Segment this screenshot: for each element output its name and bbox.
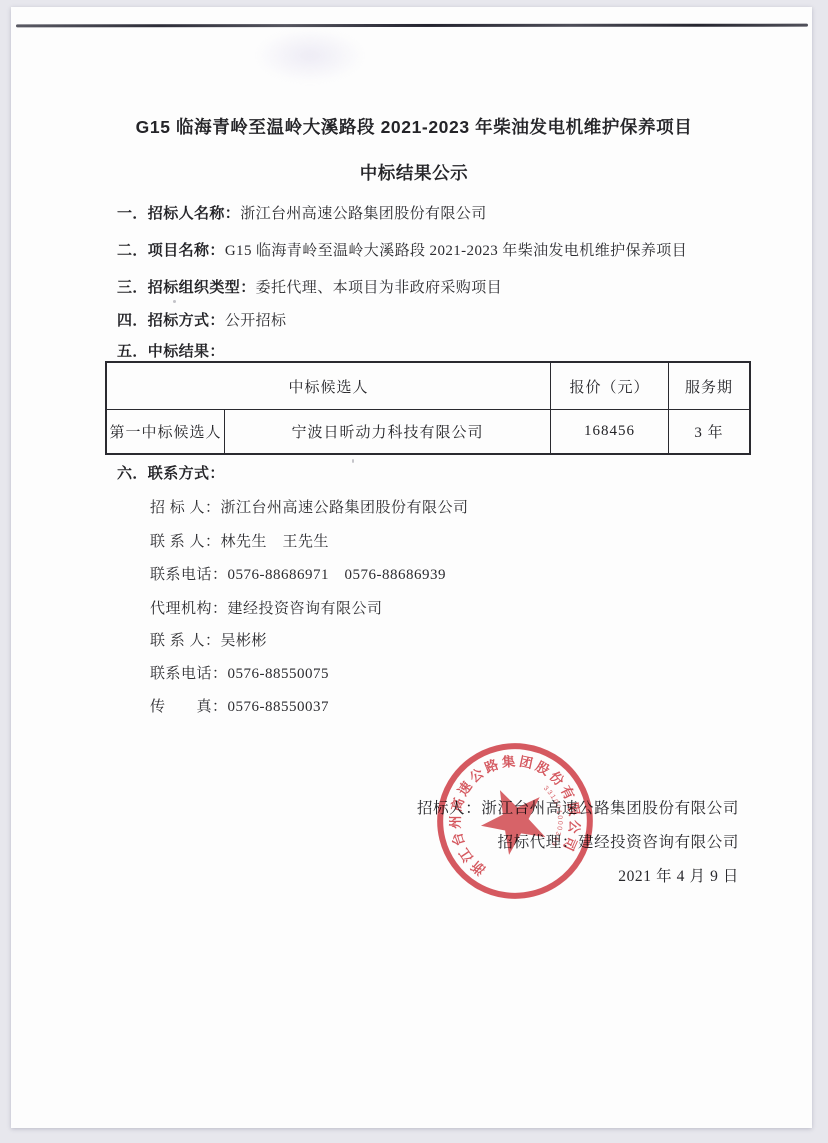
signature-date: 2021 年 4 月 9 日 [618, 864, 739, 886]
document-title-line1: G15 临海青岭至温岭大溪路段 2021-2023 年柴油发电机维护保养项目 [40, 114, 788, 139]
contact-value: 吴彬彬 [221, 633, 268, 649]
table-cell-service-period: 3 年 [669, 410, 749, 453]
contact-label: 联 系 人： [150, 534, 221, 550]
contact-fax: 传 真：0576-88550037 [150, 695, 329, 716]
table-header-price: 报价（元） [551, 363, 669, 410]
bid-result-table: 中标候选人 报价（元） 服务期 第一中标候选人 宁波日昕动力科技有限公司 168… [105, 361, 751, 455]
item-project-name: 二．项目名称：G15 临海青岭至温岭大溪路段 2021-2023 年柴油发电机维… [117, 239, 687, 260]
item-value: 委托代理、本项目为非政府采购项目 [256, 280, 502, 296]
item-label: 四．招标方式： [117, 312, 225, 329]
contact-value: 0576-88550037 [228, 699, 330, 715]
document-title-line2: 中标结果公示 [40, 160, 788, 185]
contact-label: 招 标 人： [150, 500, 221, 516]
table-cell-rank: 第一中标候选人 [107, 410, 225, 453]
scan-speck [352, 459, 354, 463]
item-value: 浙江台州高速公路集团股份有限公司 [240, 206, 486, 222]
scanned-document-page: { "title": { "line1": "G15 临海青岭至温岭大溪路段 2… [0, 0, 828, 1143]
item-label: 一．招标人名称： [117, 205, 240, 222]
contact-value: 林先生 王先生 [221, 534, 330, 550]
contact-tenderer: 招 标 人：浙江台州高速公路集团股份有限公司 [150, 496, 469, 517]
item-bidding-method: 四．招标方式：公开招标 [117, 309, 286, 330]
contact-label: 代理机构： [150, 601, 228, 617]
table-cell-price: 168456 [551, 410, 669, 453]
contact-person: 联 系 人：林先生 王先生 [150, 530, 329, 551]
table-header-candidate: 中标候选人 [107, 363, 551, 410]
contact-label: 联系电话： [150, 666, 228, 682]
contact-phone: 联系电话：0576-88686971 0576-88686939 [150, 563, 446, 584]
company-seal-stamp: 浙江台州高速公路集团股份有限公司 331001000349 [429, 735, 601, 907]
contact-value: 建经投资咨询有限公司 [228, 601, 383, 617]
contact-label: 传 真： [150, 699, 228, 715]
contact-value: 浙江台州高速公路集团股份有限公司 [221, 500, 469, 516]
contact-value: 0576-88686971 0576-88686939 [228, 567, 447, 583]
contact-value: 0576-88550075 [228, 666, 330, 682]
item-label: 三．招标组织类型： [117, 279, 256, 296]
item-contact-info: 六．联系方式： [117, 462, 225, 483]
item-bid-result: 五．中标结果： [117, 340, 225, 361]
contact-agency-person: 联 系 人：吴彬彬 [150, 629, 267, 650]
table-header-service-period: 服务期 [669, 363, 749, 410]
contact-label: 联系电话： [150, 567, 228, 583]
item-label: 二．项目名称： [117, 242, 225, 259]
item-value: 公开招标 [225, 313, 287, 329]
item-value: G15 临海青岭至温岭大溪路段 2021-2023 年柴油发电机维护保养项目 [225, 243, 687, 259]
table-cell-company: 宁波日昕动力科技有限公司 [225, 410, 551, 453]
scan-speck [173, 300, 176, 303]
contact-agency: 代理机构：建经投资咨询有限公司 [150, 597, 383, 618]
item-label: 六．联系方式： [117, 465, 225, 482]
item-organization-type: 三．招标组织类型：委托代理、本项目为非政府采购项目 [117, 276, 502, 297]
scan-smudge [255, 28, 365, 83]
contact-agency-phone: 联系电话：0576-88550075 [150, 662, 329, 683]
item-label: 五．中标结果： [117, 343, 225, 360]
item-tenderer-name: 一．招标人名称：浙江台州高速公路集团股份有限公司 [117, 202, 487, 223]
contact-label: 联 系 人： [150, 633, 221, 649]
